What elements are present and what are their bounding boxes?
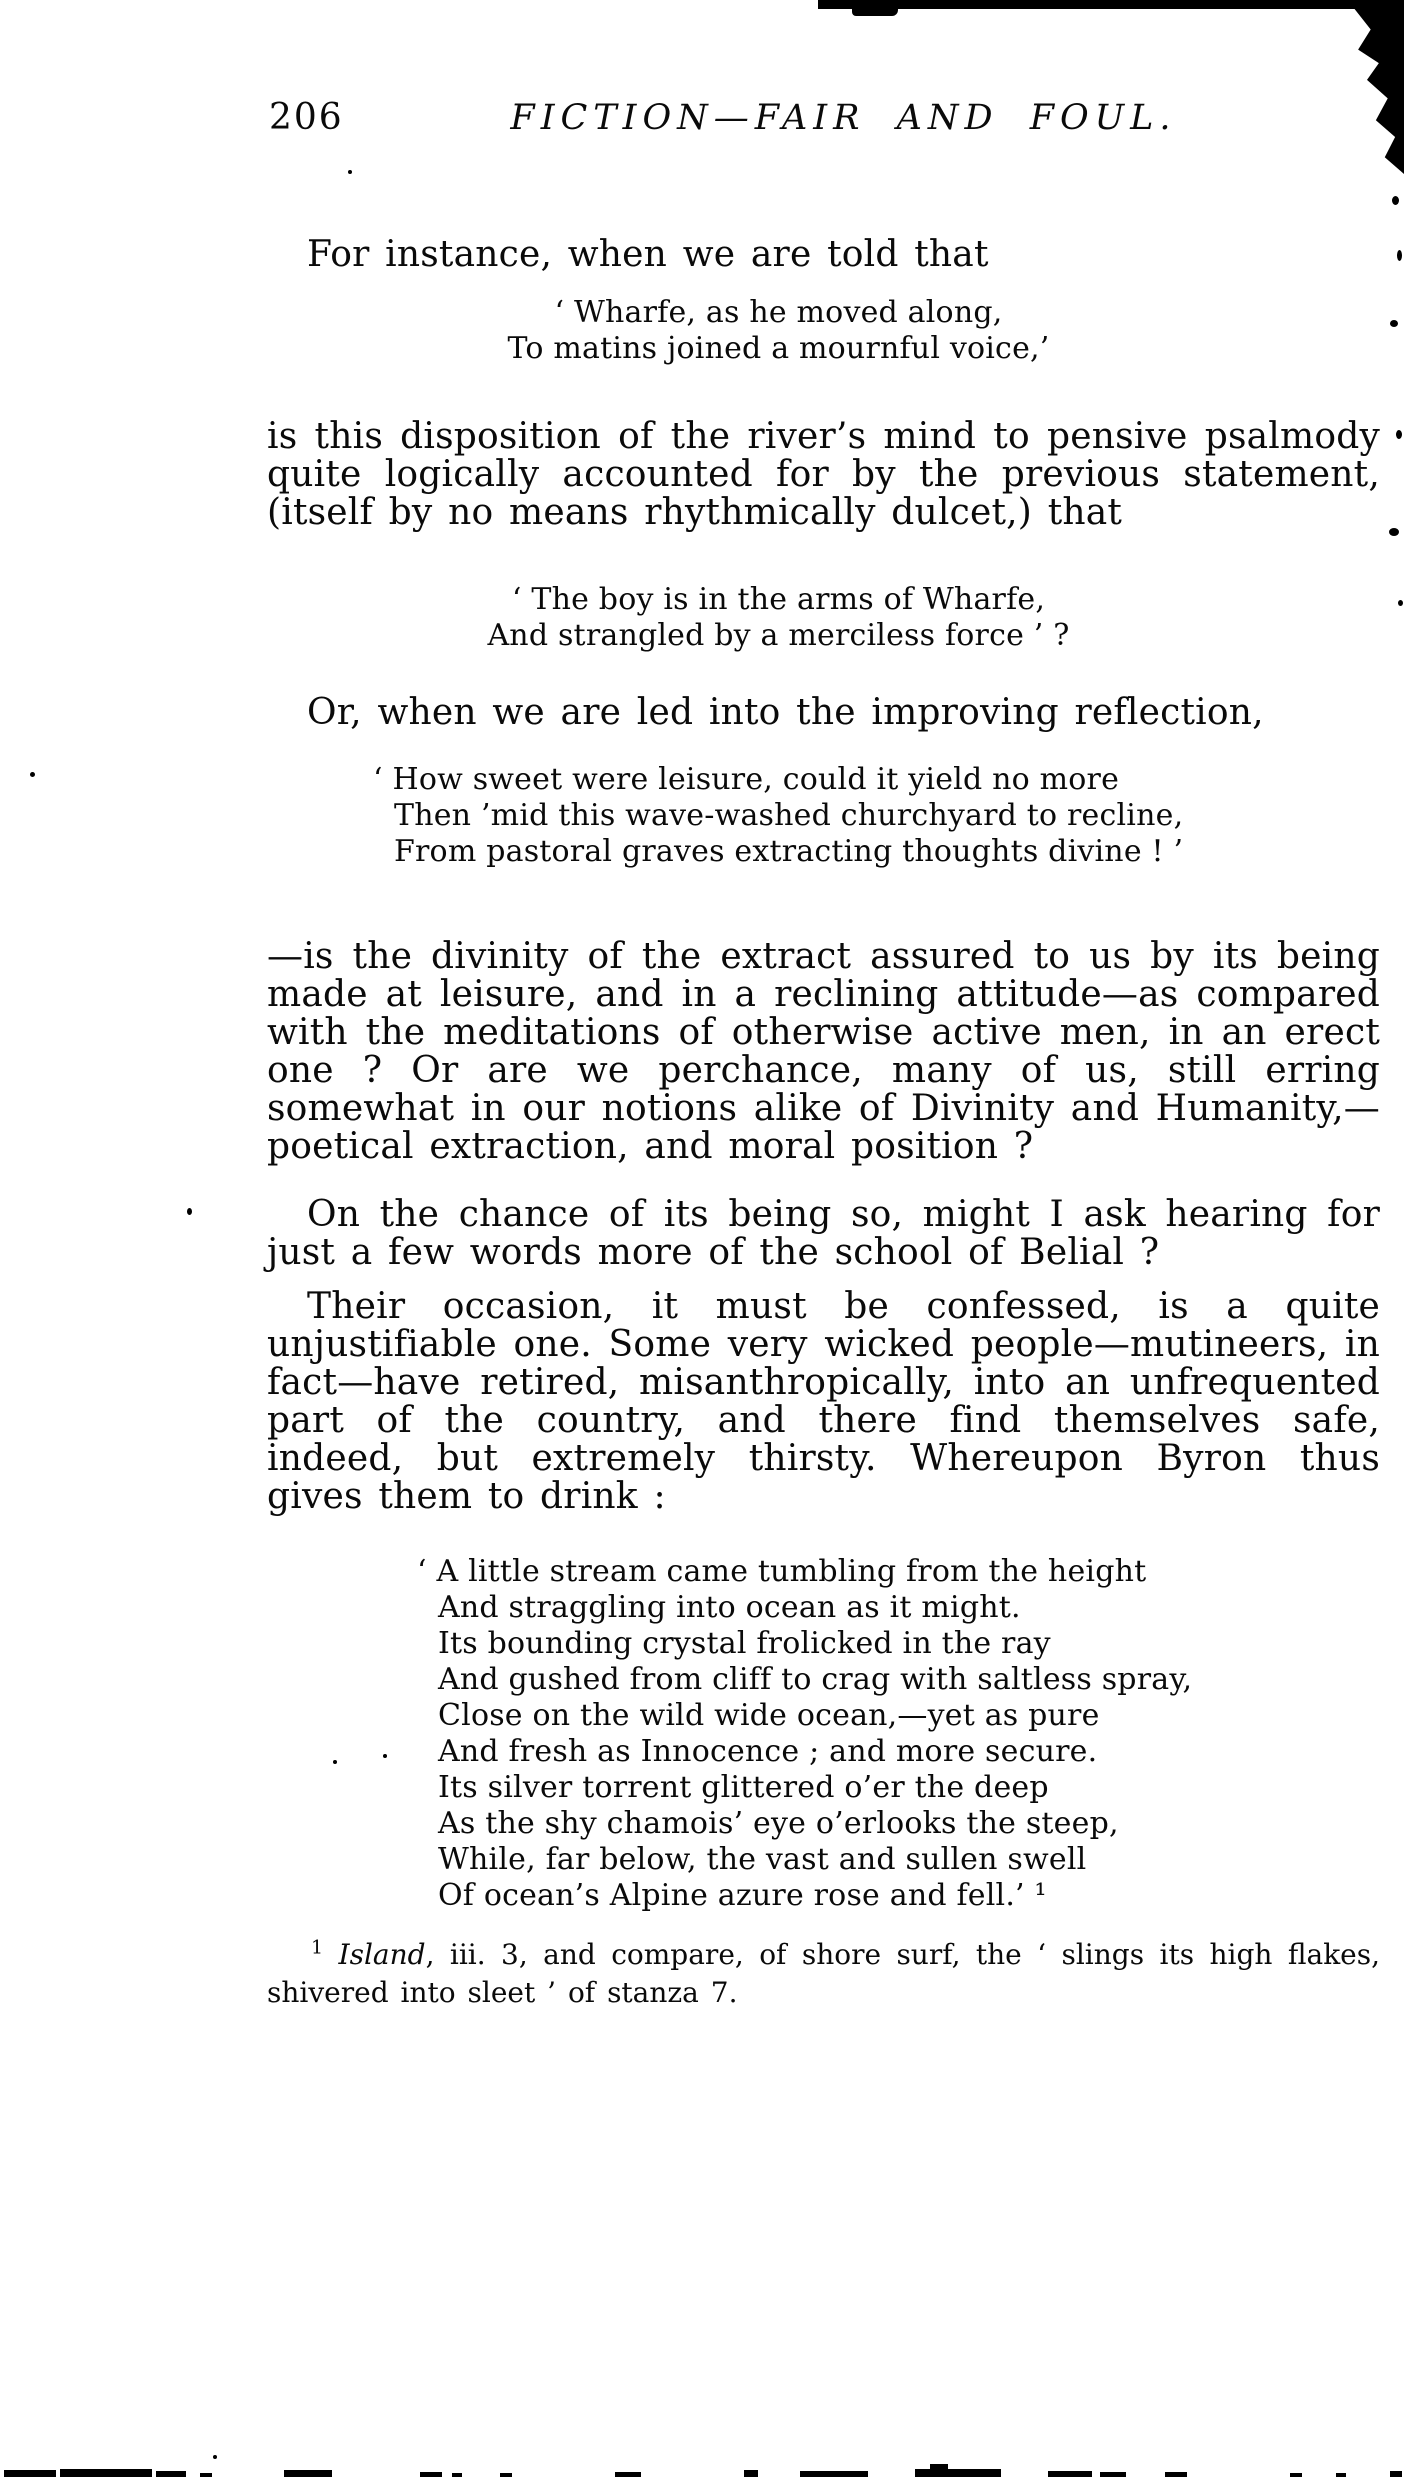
verse-line: Close on the wild wide ocean,—yet as pur… [417, 1698, 1404, 1734]
paragraph-intro: For instance, when we are told that [267, 236, 1380, 274]
scan-speck [1392, 196, 1399, 205]
scan-speck [1390, 320, 1398, 327]
verse-line: And fresh as Innocence ; and more secure… [417, 1734, 1404, 1770]
scan-dash [1290, 2473, 1302, 2477]
verse-quote-byron-stream: ‘ A little stream came tumbling from the… [417, 1554, 1404, 1914]
verse-line: And straggling into ocean as it might. [417, 1590, 1404, 1626]
footnote: 1 Island, iii. 3, and compare, of shore … [267, 1936, 1380, 2012]
scan-artifact-top-edge [818, 0, 1404, 9]
scan-dash [420, 2472, 442, 2477]
verse-quote-leisure: ‘ How sweet were leisure, could it yield… [373, 762, 1373, 870]
page-number: 206 [269, 98, 344, 138]
scan-speck [1396, 430, 1402, 439]
scan-dash [1048, 2471, 1092, 2477]
verse-line: While, far below, the vast and sullen sw… [417, 1842, 1404, 1878]
scan-dash [1390, 2471, 1402, 2477]
scan-dash [1100, 2472, 1126, 2477]
paragraph-occasion: Their occasion, it must be confessed, is… [267, 1288, 1380, 1516]
scan-artifact-bottom-edge [0, 2463, 1404, 2477]
scan-dash [615, 2472, 641, 2477]
verse-line: Its bounding crystal frolicked in the ra… [417, 1626, 1404, 1662]
paragraph-belial: On the chance of its being so, might I a… [267, 1196, 1380, 1272]
verse-line: ‘ A little stream came tumbling from the… [417, 1554, 1404, 1590]
scan-dash [1165, 2472, 1187, 2477]
scan-speck [1389, 528, 1399, 536]
verse-line: Of ocean’s Alpine azure rose and fell.’ … [417, 1878, 1404, 1914]
scan-speck [333, 1760, 337, 1764]
scan-dash [915, 2469, 1001, 2477]
verse-line: Then ’mid this wave-washed churchyard to… [373, 798, 1373, 834]
scan-speck [187, 1208, 192, 1215]
verse-line: ‘ How sweet were leisure, could it yield… [373, 762, 1373, 798]
verse-line: As the shy chamois’ eye o’erlooks the st… [417, 1806, 1404, 1842]
scan-dash [284, 2470, 332, 2477]
scan-dash [744, 2470, 758, 2477]
verse-line: From pastoral graves extracting thoughts… [373, 834, 1373, 870]
scan-dash [60, 2469, 152, 2477]
verse-line: And strangled by a merciless force ’ ? [222, 618, 1335, 654]
verse-line: Its silver torrent glittered o’er the de… [417, 1770, 1404, 1806]
paragraph-divinity: —is the divinity of the extract assured … [267, 938, 1380, 1166]
scan-dash [800, 2471, 868, 2477]
paragraph-reflection: Or, when we are led into the improving r… [267, 694, 1380, 732]
verse-quote-wharfe: ‘ Wharfe, as he moved along,To matins jo… [222, 295, 1335, 367]
scan-speck [1398, 600, 1403, 606]
verse-line: To matins joined a mournful voice,’ [222, 331, 1335, 367]
scan-speck [213, 2455, 217, 2459]
footnote-work-title: Island [339, 1938, 426, 1971]
scanned-page: 206 FICTION—FAIR AND FOUL. For instance,… [0, 0, 1404, 2477]
scan-speck [1397, 250, 1402, 261]
verse-line: ‘ Wharfe, as he moved along, [222, 295, 1335, 331]
page-header: 206 FICTION—FAIR AND FOUL. [267, 98, 1380, 142]
scan-speck [348, 170, 352, 174]
scan-dash [452, 2473, 462, 2477]
scan-dash [200, 2473, 212, 2477]
verse-line: And gushed from cliff to crag with saltl… [417, 1662, 1404, 1698]
footnote-marker: 1 [311, 1937, 323, 1959]
verse-line: ‘ The boy is in the arms of Wharfe, [222, 582, 1335, 618]
footnote-text: , iii. 3, and compare, of shore surf, th… [267, 1938, 1380, 2009]
running-title: FICTION—FAIR AND FOUL. [510, 98, 1176, 138]
scan-dash [156, 2471, 186, 2477]
scan-artifact-top-blob [852, 0, 898, 16]
scan-dash [930, 2464, 948, 2477]
scan-dash [4, 2470, 56, 2477]
scan-dash [500, 2473, 512, 2477]
verse-quote-boy: ‘ The boy is in the arms of Wharfe,And s… [222, 582, 1335, 654]
scan-artifact-corner-blot [1330, 6, 1404, 174]
scan-speck [383, 1754, 387, 1758]
scan-speck [30, 772, 35, 777]
paragraph-disposition: is this disposition of the river’s mind … [267, 418, 1380, 532]
scan-dash [1336, 2473, 1346, 2477]
